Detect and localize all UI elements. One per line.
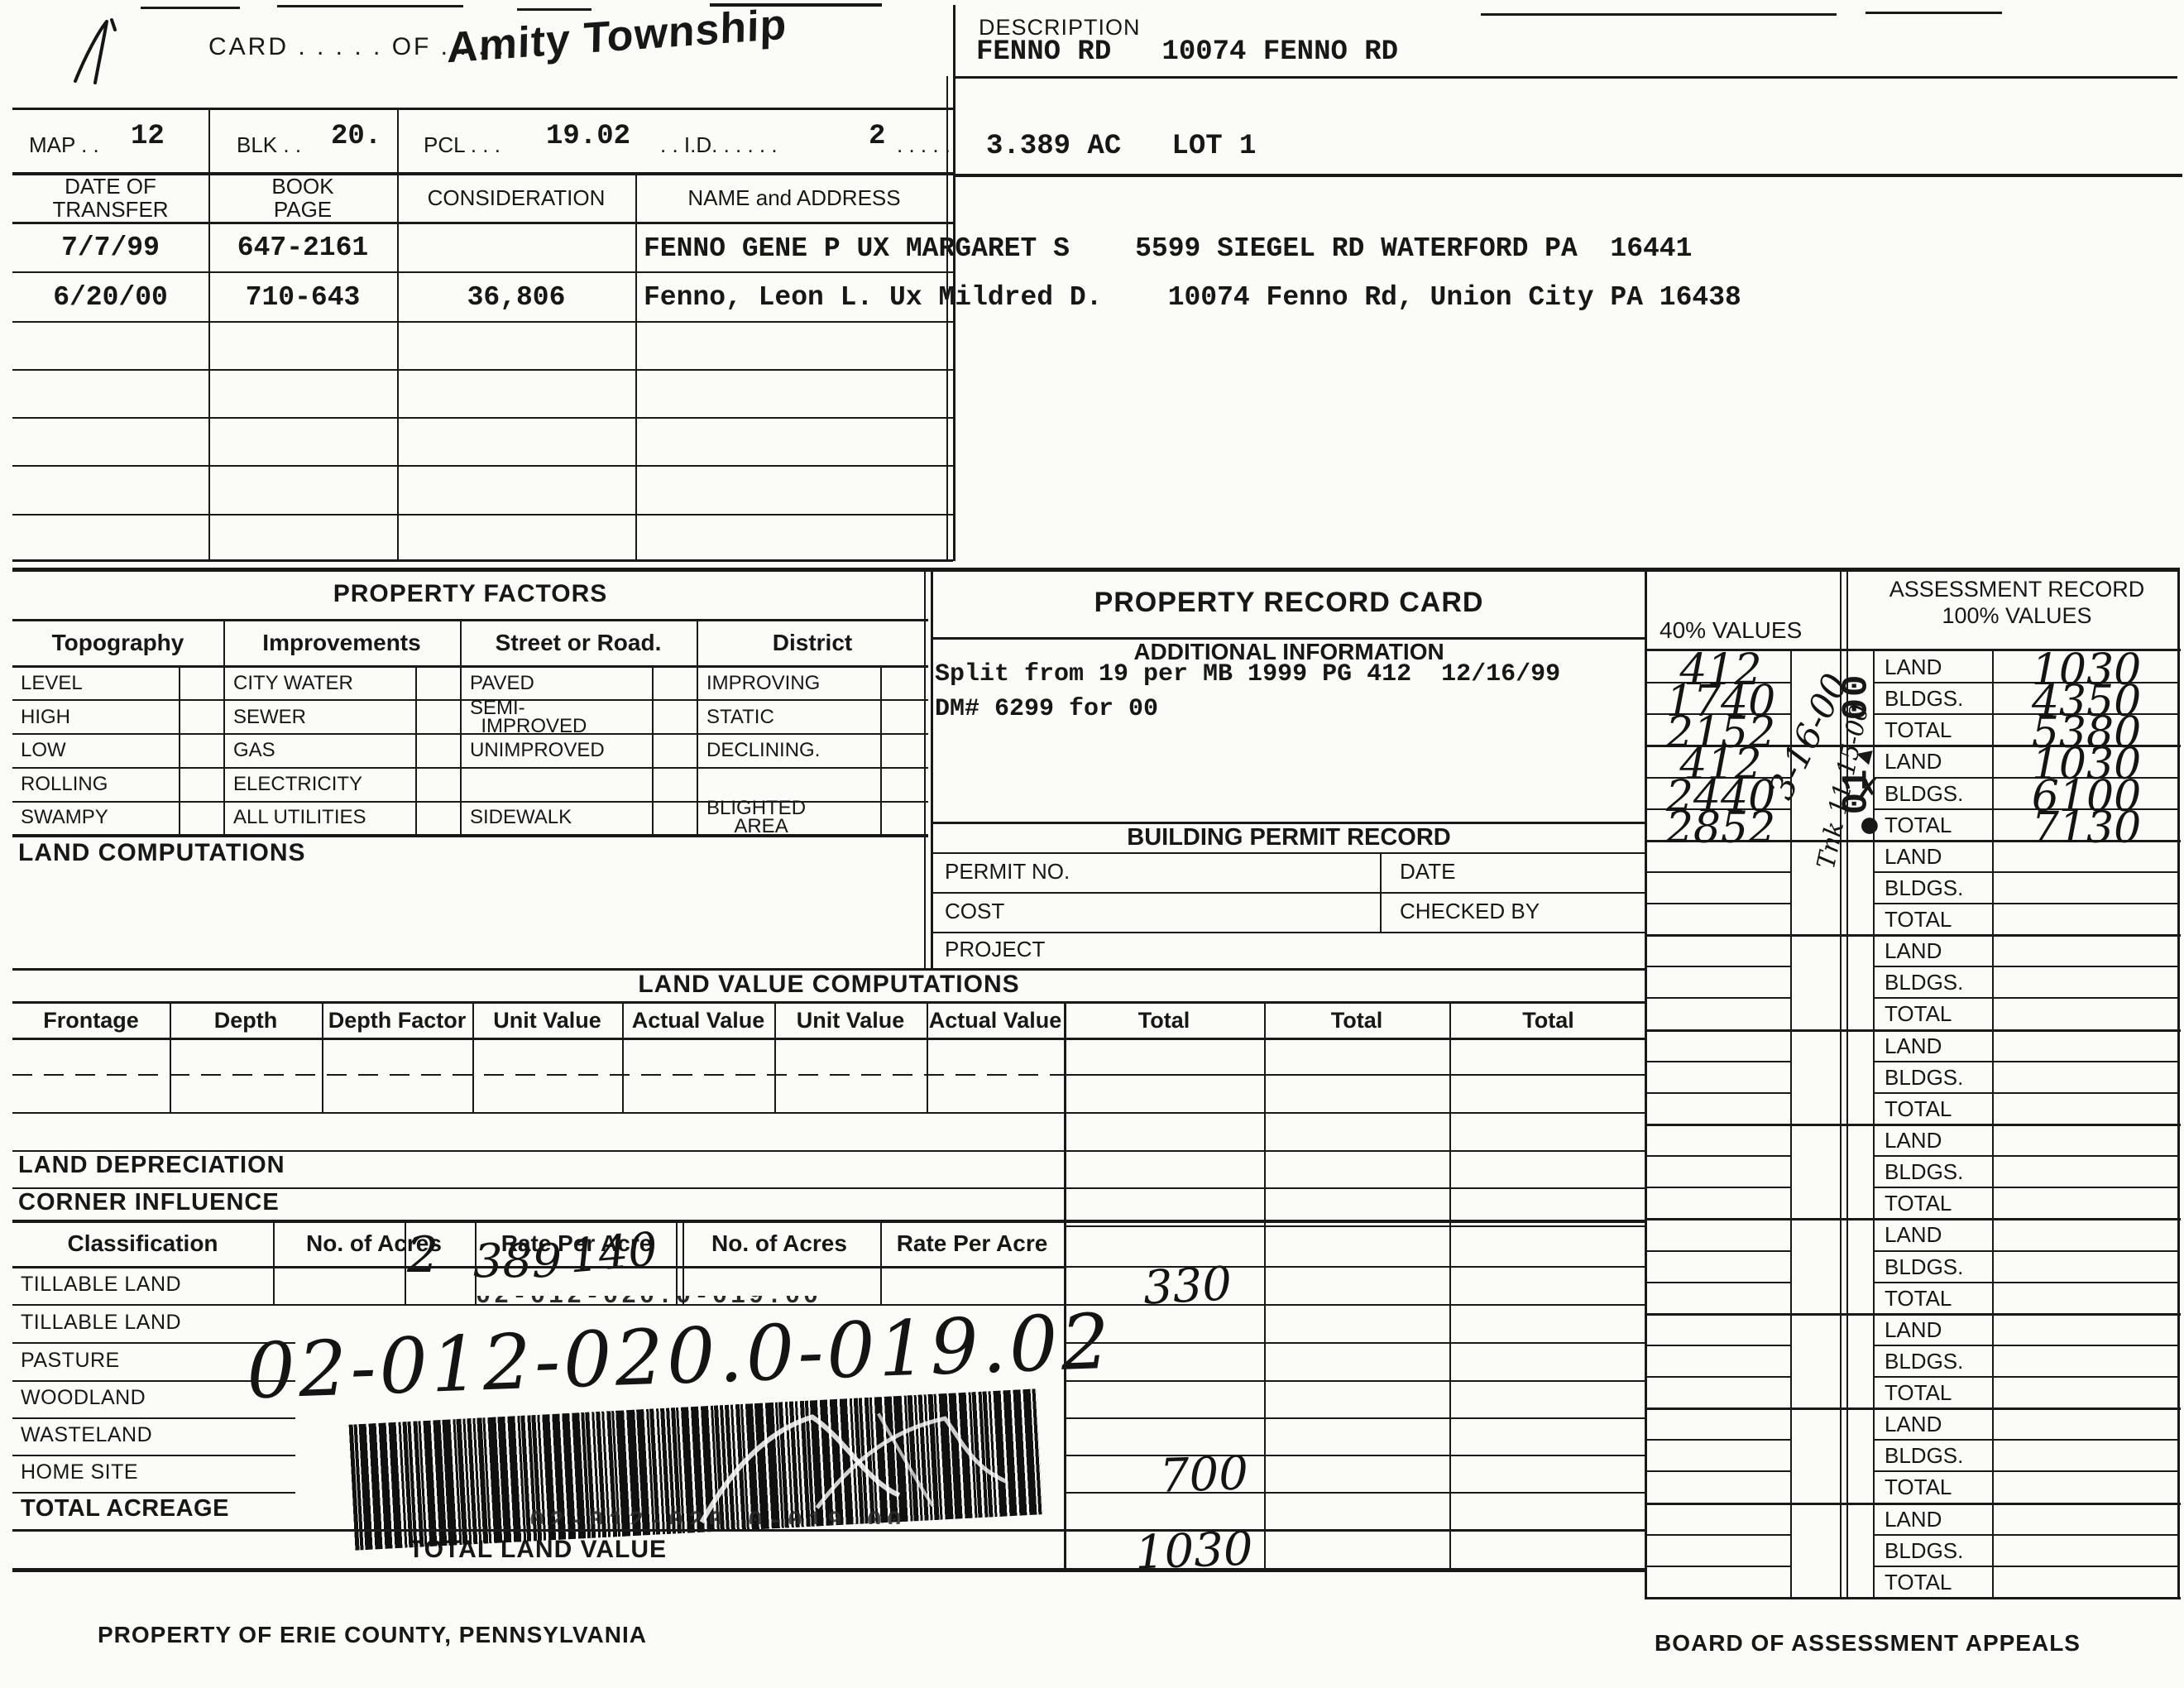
property-factor-item: GAS <box>233 734 410 767</box>
assessment-row-label: TOTAL <box>1885 1001 1952 1027</box>
land-depreciation-label: LAND DEPRECIATION <box>18 1152 285 1179</box>
rule-line <box>1380 854 1382 932</box>
land-value-column-header: Unit Value <box>776 1003 925 1038</box>
rule-line <box>12 321 953 323</box>
year-strip: 01 <box>1842 750 1871 832</box>
rule-line <box>1645 966 1790 967</box>
cost-label: COST <box>945 899 1004 924</box>
permit-no-label: PERMIT NO. <box>945 859 1070 885</box>
classification-row-label: TOTAL ACREAGE <box>21 1495 229 1523</box>
barcode-scribble-overlay <box>349 1388 1043 1550</box>
rule-line <box>1064 1342 1645 1344</box>
classification-column-header: Rate Per Acre <box>477 1221 677 1266</box>
land-computations-label: LAND COMPUTATIONS <box>18 839 306 867</box>
id-tail-dots: . . . . . <box>897 132 951 158</box>
pcl-value: 19.02 <box>546 121 630 152</box>
blk-label: BLK . . <box>237 132 301 158</box>
assessment-row-label: LAND <box>1885 749 1942 774</box>
property-factor-item <box>706 768 877 801</box>
land-value-column-header: Total <box>1451 1003 1645 1038</box>
assessment-row-label: LAND <box>1885 844 1942 870</box>
rule-line <box>12 568 2179 572</box>
rule-line <box>1645 997 1790 999</box>
map-label: MAP . . <box>29 132 99 158</box>
land-value-column-header: Total <box>1266 1003 1448 1038</box>
year-strip <box>1842 1034 1871 1117</box>
additional-info-line: DM# 6299 for 00 <box>935 695 1158 723</box>
rule-line <box>1645 871 1790 873</box>
transfer-column-header: NAME and ADDRESS <box>635 174 953 222</box>
property-factor-item: IMPROVING <box>706 667 877 700</box>
assessment-row-label: LAND <box>1885 1507 1942 1532</box>
rule-line <box>179 665 180 836</box>
land-value-column-header: Actual Value <box>928 1003 1062 1038</box>
property-factors-column-header: Street or Road. <box>460 621 697 665</box>
property-factor-item: CITY WATER <box>233 667 410 700</box>
rule-line <box>1873 1187 2179 1188</box>
additional-info-line: Split from 19 per MB 1999 PG 412 12/16/9… <box>935 660 1560 688</box>
year-strip <box>1842 1129 1871 1211</box>
rule-line <box>397 174 399 561</box>
rule-line <box>1645 1187 1790 1188</box>
assessment-row-label: TOTAL <box>1885 1191 1952 1216</box>
property-factors-title: PROPERTY FACTORS <box>12 571 928 617</box>
rule-line <box>12 1150 1645 1152</box>
assessment-row-label: BLDGS. <box>1885 781 1963 807</box>
rule-line <box>1873 1250 2179 1252</box>
rule-line <box>277 5 463 7</box>
blk-value: 20. <box>331 121 381 152</box>
rule-line <box>1873 1345 2179 1346</box>
transfer-book-page: 647-2161 <box>208 223 397 271</box>
rule-line <box>1873 871 2179 873</box>
assessment-row-label: BLDGS. <box>1885 1349 1963 1374</box>
property-factors-column-header: Topography <box>12 621 223 665</box>
rule-line <box>208 109 210 174</box>
property-factor-item: ALL UTILITIES <box>233 801 410 834</box>
rule-line <box>932 637 1645 640</box>
property-factor-item: DECLINING. <box>706 734 877 767</box>
rule-line <box>1645 1282 1790 1283</box>
rule-line <box>880 665 882 836</box>
rule-line <box>1873 1092 2179 1094</box>
property-factor-item: STATIC <box>706 701 877 734</box>
assessment-row-label: BLDGS. <box>1885 875 1963 901</box>
rule-line <box>1873 1470 2179 1472</box>
rule-line <box>1064 1492 1645 1494</box>
rule-line-thick <box>1645 1124 2181 1126</box>
rule-line <box>12 1304 1066 1306</box>
footer-county-text: PROPERTY OF ERIE COUNTY, PENNSYLVANIA <box>98 1622 647 1648</box>
parcel-id-printed-lower: 02-012-020.0-019.00 <box>529 1508 1059 1524</box>
map-value: 12 <box>131 121 165 152</box>
assessment-row-label: LAND <box>1885 1033 1942 1059</box>
rule-line <box>1873 1376 2179 1378</box>
rule-line <box>2177 568 2180 1599</box>
transfer-column-header: BOOK PAGE <box>208 174 397 222</box>
assessment-row-label: LAND <box>1885 655 1942 680</box>
id-label: . . I.D. . . . . . <box>660 132 778 158</box>
year-label: 00 <box>1836 674 1877 721</box>
building-permit-record-title: BUILDING PERMIT RECORD <box>933 823 1645 851</box>
rule-line-thick <box>1645 1503 2181 1505</box>
year-strip: 00 <box>1842 655 1871 738</box>
classification-row-label: PASTURE <box>21 1349 120 1373</box>
transfer-book-page: 710-643 <box>208 273 397 321</box>
assessment-row-label: LAND <box>1885 1412 1942 1437</box>
rule-line <box>12 369 953 371</box>
year-strip <box>1842 1223 1871 1306</box>
assessment-row-label: LAND <box>1885 1222 1942 1248</box>
transfer-name-address: FENNO GENE P UX MARGARET S 5599 SIEGEL R… <box>644 233 1692 264</box>
assessment-row-label: BLDGS. <box>1885 970 1963 995</box>
rule-line <box>1645 1345 1790 1346</box>
property-factor-item: UNIMPROVED <box>470 734 647 767</box>
assessment-row-label: BLDGS. <box>1885 1538 1963 1564</box>
property-factor-item: PAVED <box>470 667 647 700</box>
classification-column-header: No. of Acres <box>680 1221 879 1266</box>
rule-line <box>1064 1225 1645 1227</box>
parcel-id-printed-lower-text: 02-012-020.0-019.00 <box>529 1508 1059 1524</box>
rule-line <box>12 1568 1645 1572</box>
id-value: 2 <box>869 121 885 152</box>
property-factor-item <box>470 768 647 801</box>
assessment-row-label: BLDGS. <box>1885 1443 1963 1469</box>
year-strip <box>1842 939 1871 1022</box>
property-record-card-page: CARD . . . . . OF . . . . Amity Township… <box>0 0 2184 1688</box>
rule-line <box>12 1038 1645 1040</box>
land-value-column-header: Actual Value <box>624 1003 773 1038</box>
rule-line <box>710 3 882 7</box>
rule-line <box>12 108 953 110</box>
rule-line-thick <box>1645 934 2181 937</box>
assessment-row-label: TOTAL <box>1885 813 1952 838</box>
assessment-record-subtitle: 100% VALUES <box>1853 604 2181 627</box>
land-value-column-header: Total <box>1066 1003 1262 1038</box>
assessment-row-label: TOTAL <box>1885 1286 1952 1312</box>
rule-line <box>415 665 417 836</box>
rule-line <box>12 559 953 562</box>
rule-line <box>931 568 933 970</box>
rule-line <box>12 1380 295 1382</box>
rule-line-thick <box>1645 1407 2181 1410</box>
parcel-size-line: 3.389 AC LOT 1 <box>986 131 1256 162</box>
rule-line <box>12 465 953 467</box>
assessment-row-label: TOTAL <box>1885 1570 1952 1595</box>
assessment-record-title: ASSESSMENT RECORD <box>1853 578 2181 601</box>
classification-column-header: Classification <box>14 1221 271 1266</box>
year-strip <box>1842 845 1871 928</box>
rule-line <box>208 174 210 561</box>
assessment-row-label: BLDGS. <box>1885 1254 1963 1280</box>
assessment-row-label: LAND <box>1885 1128 1942 1153</box>
year-strip <box>1842 1318 1871 1401</box>
property-factor-item: HIGH <box>21 701 174 734</box>
forty-percent-values-label: 40% VALUES <box>1660 617 1802 644</box>
rule-line <box>397 109 399 174</box>
property-factor-item: SWAMPY <box>21 801 174 834</box>
property-factor-item: SEMI- IMPROVED <box>470 701 647 734</box>
assessment-100pct-value: 7130 <box>1997 803 2176 853</box>
footer-board-text: BOARD OF ASSESSMENT APPEALS <box>1655 1630 2081 1657</box>
rule-line <box>1064 1112 1645 1114</box>
transfer-column-header: DATE OF TRANSFER <box>12 174 208 222</box>
rule-line <box>1645 1376 1790 1378</box>
transfer-consideration <box>397 223 635 271</box>
township-stamp: Amity Township <box>447 0 788 73</box>
assessment-row-label: BLDGS. <box>1885 686 1963 712</box>
year-strip <box>1842 1508 1871 1590</box>
rule-line <box>1645 1439 1790 1441</box>
rule-line-thick <box>1645 1029 2181 1032</box>
transfer-column-header: CONSIDERATION <box>397 174 635 222</box>
rule-line-thick <box>1645 1597 2181 1599</box>
rule-line <box>1645 1250 1790 1252</box>
rule-line <box>12 1417 295 1419</box>
rule-line <box>12 1266 1066 1268</box>
project-label: PROJECT <box>945 937 1045 962</box>
classification-row-label: WASTELAND <box>21 1423 152 1447</box>
property-factor-item: SEWER <box>233 701 410 734</box>
assessment-row-label: TOTAL <box>1885 1096 1952 1122</box>
rule-line <box>517 8 591 11</box>
rule-line <box>1873 1566 2179 1567</box>
permit-date-label: DATE <box>1400 859 1455 885</box>
checked-by-label: CHECKED BY <box>1400 899 1540 924</box>
rule-line <box>1645 1566 1790 1567</box>
rule-line <box>12 1342 295 1344</box>
assessment-row-label: BLDGS. <box>1885 1065 1963 1091</box>
property-factors-column-header: District <box>697 621 928 665</box>
land-value-column-header: Depth Factor <box>323 1003 471 1038</box>
transfer-consideration: 36,806 <box>397 273 635 321</box>
property-factor-item: BLIGHTED AREA <box>706 801 877 834</box>
land-value-computations-title: LAND VALUE COMPUTATIONS <box>12 970 1645 1000</box>
rule-line <box>1645 1061 1790 1062</box>
property-factor-item: LOW <box>21 734 174 767</box>
rule-line <box>1873 997 2179 999</box>
rule-line <box>1481 13 1837 16</box>
rule-line <box>953 76 2177 79</box>
rule-line-thick <box>1645 1313 2181 1316</box>
rule-line <box>12 417 953 419</box>
year-strip <box>1842 1412 1871 1495</box>
assessment-row-label: LAND <box>1885 938 1942 964</box>
rule-line <box>12 222 953 224</box>
property-factor-item: ROLLING <box>21 768 174 801</box>
assessment-row-label: LAND <box>1885 1317 1942 1343</box>
rule-line <box>953 174 2182 177</box>
rule-line <box>12 1187 1645 1189</box>
classification-row-label: TILLABLE LAND <box>21 1273 181 1297</box>
classification-row-label: TILLABLE LAND <box>21 1311 181 1335</box>
land-value-column-header: Frontage <box>14 1003 168 1038</box>
property-factor-item: ELECTRICITY <box>233 768 410 801</box>
rule-line <box>1064 1529 1645 1532</box>
property-factors-column-header: Improvements <box>223 621 460 665</box>
transfer-date: 7/7/99 <box>12 223 208 271</box>
transfer-name-address: Fenno, Leon L. Ux Mildred D. 10074 Fenno… <box>644 282 1741 313</box>
description-value: FENNO RD 10074 FENNO RD <box>976 36 1398 68</box>
rule-line <box>1645 568 1647 1599</box>
rule-line <box>1873 1061 2179 1062</box>
land-value-column-header: Unit Value <box>474 1003 620 1038</box>
corner-influence-label: CORNER INFLUENCE <box>18 1189 280 1216</box>
year-label: 01 <box>1836 768 1877 815</box>
rule-line <box>12 1492 295 1494</box>
rule-line <box>1645 1470 1790 1472</box>
rule-line <box>946 76 948 561</box>
rule-line <box>1873 966 2179 967</box>
rule-line <box>1873 1439 2179 1441</box>
rule-line-thick <box>1645 1218 2181 1220</box>
forty-pct-value: 2852 <box>1651 803 1790 853</box>
assessment-row-label: BLDGS. <box>1885 1159 1963 1185</box>
rule-line <box>1645 1092 1790 1094</box>
rule-line <box>1064 1266 1645 1268</box>
rule-line <box>141 7 240 9</box>
rule-line <box>1865 12 2002 14</box>
rule-line <box>635 174 637 561</box>
rule-line <box>1064 1304 1645 1306</box>
rule-line <box>1064 1003 1066 1571</box>
rule-line <box>12 271 953 273</box>
rule-line <box>12 514 953 516</box>
transfer-date: 6/20/00 <box>12 273 208 321</box>
rule-line <box>1645 903 1790 904</box>
rule-line <box>1873 1282 2179 1283</box>
rule-line <box>1873 903 2179 904</box>
rule-line <box>12 968 1645 971</box>
rule-line <box>1645 1155 1790 1157</box>
handwritten-check-mark <box>70 17 136 87</box>
rule-line <box>1064 1074 1645 1076</box>
rule-line <box>1264 1003 1266 1571</box>
property-factor-item: SIDEWALK <box>470 801 647 834</box>
assessment-row-label: TOTAL <box>1885 907 1952 933</box>
classification-column-header: Rate Per Acre <box>882 1221 1062 1266</box>
parcel-barcode <box>349 1388 1043 1550</box>
property-record-card-title: PROPERTY RECORD CARD <box>933 571 1645 634</box>
rule-line <box>1064 1455 1645 1456</box>
rule-line <box>1064 1380 1645 1382</box>
rule-line <box>932 852 1645 854</box>
classification-row-label: WOODLAND <box>21 1386 146 1410</box>
rule-line <box>652 665 654 836</box>
assessment-row-label: TOTAL <box>1885 1475 1952 1500</box>
rule-line <box>1873 1155 2179 1157</box>
land-value-column-header: Depth <box>171 1003 320 1038</box>
rule-line <box>1449 1003 1451 1571</box>
assessment-row-label: TOTAL <box>1885 1380 1952 1406</box>
rule-line <box>12 1529 1066 1532</box>
classification-column-header: No. of Acres <box>275 1221 473 1266</box>
rule-line <box>1064 1417 1645 1419</box>
property-factor-item: LEVEL <box>21 667 174 700</box>
rule-line <box>932 932 1645 933</box>
rule-line <box>1645 1534 1790 1536</box>
rule-line <box>1873 1534 2179 1536</box>
assessment-row-label: TOTAL <box>1885 717 1952 743</box>
rule-line <box>932 822 1645 824</box>
classification-row-label: HOME SITE <box>21 1460 138 1484</box>
pcl-label: PCL . . . <box>424 132 500 158</box>
rule-line <box>953 5 955 561</box>
rule-line <box>12 1455 295 1456</box>
rule-line <box>932 892 1645 894</box>
